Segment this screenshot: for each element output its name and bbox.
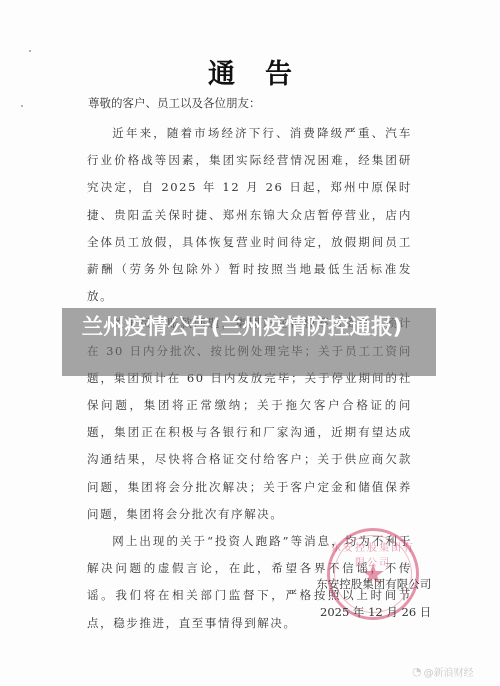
document-page: 通告 尊敬的客户、员工以及各位朋友： 近年来，随着市场经济下行、消费降级严重、汽… bbox=[0, 0, 500, 686]
notice-title: 通告 bbox=[0, 52, 500, 91]
watermark-text: @新浪财经 bbox=[424, 664, 474, 679]
signature-company: 东安控股集团有限公司 bbox=[300, 576, 431, 592]
signature-block: 东安控股集团有限公司 2025 年 12 月 26 日 bbox=[300, 576, 431, 620]
weibo-icon: ◔ bbox=[412, 665, 422, 678]
signature-date: 2025 年 12 月 26 日 bbox=[300, 604, 431, 620]
scan-speck bbox=[21, 105, 23, 107]
headline-overlay-title: 兰州疫情公告(兰州疫情防控通报) bbox=[72, 316, 412, 339]
source-watermark: ◔ @新浪财经 bbox=[412, 664, 474, 679]
paragraph-closure: 近年来，随着市场经济下行、消费降级严重、汽车行业价格战等因素，集团实际经营情况困… bbox=[87, 120, 412, 310]
salutation: 尊敬的客户、员工以及各位朋友： bbox=[88, 95, 261, 111]
